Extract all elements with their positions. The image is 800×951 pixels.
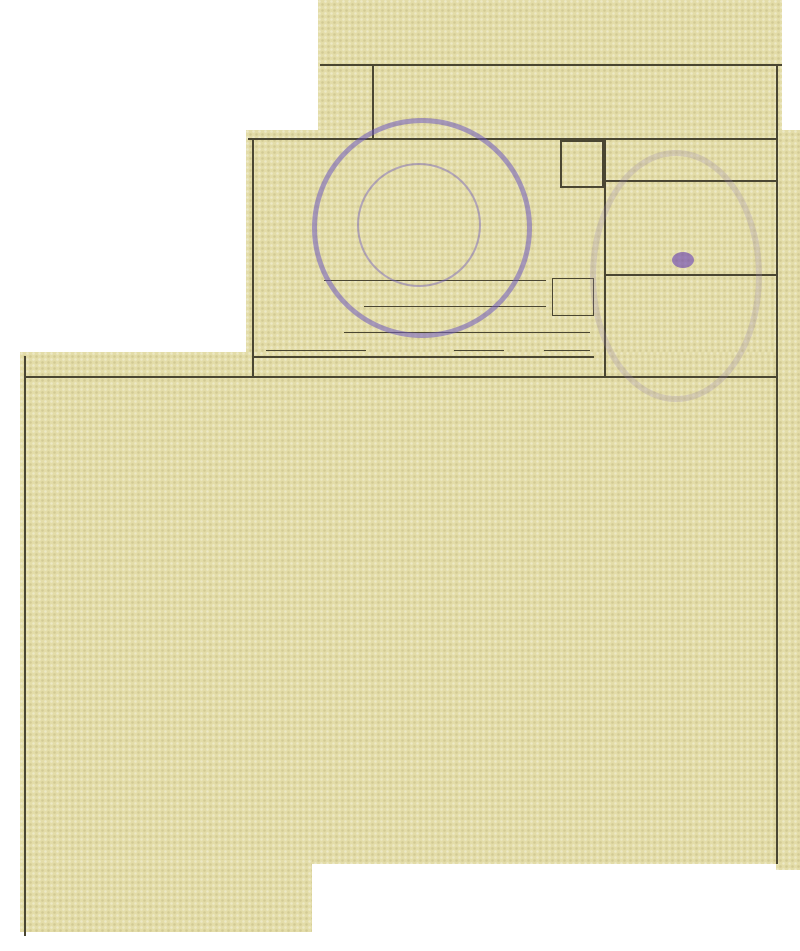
apartment-field[interactable]: [544, 350, 590, 351]
house-field[interactable]: [454, 350, 504, 351]
card-paper-tail: [20, 860, 312, 932]
name-field[interactable]: [364, 306, 546, 307]
address-field[interactable]: [344, 332, 590, 333]
side-vertical-text: [780, 300, 796, 860]
footer-line: [254, 356, 594, 358]
month-cell: [320, 64, 374, 140]
category-box: [560, 140, 604, 188]
seal-box: [552, 278, 594, 316]
grid-left-line: [24, 356, 26, 936]
card-paper-grid: [20, 352, 782, 864]
card-header: [254, 140, 594, 378]
surname-field[interactable]: [324, 280, 546, 281]
street-field[interactable]: [266, 350, 366, 351]
ink-blot: [672, 252, 694, 268]
top-coupon-strip: [320, 64, 782, 140]
faded-stamp: [590, 150, 762, 402]
